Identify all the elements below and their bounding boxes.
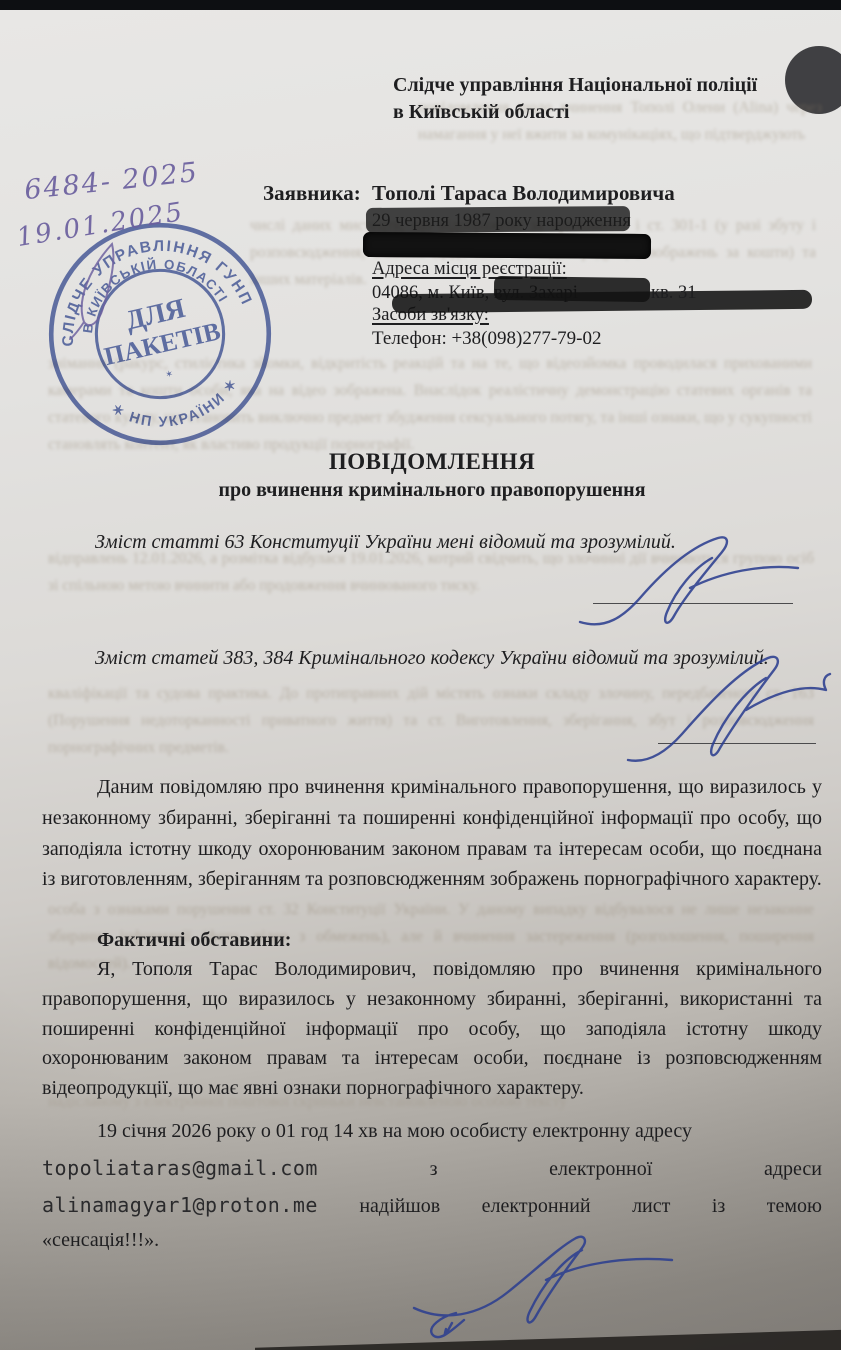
email-line3-word: темою bbox=[767, 1195, 822, 1218]
applicant-name: Тополі Тараса Володимировича bbox=[372, 181, 675, 206]
stamp-center-star: ✶ bbox=[164, 368, 174, 379]
applicant-label: Заявника: bbox=[263, 181, 361, 206]
recipient-header-line2: в Київській області bbox=[393, 99, 823, 126]
photo-top-edge bbox=[0, 0, 841, 10]
redaction-bar-id-number bbox=[363, 232, 651, 259]
email-paragraph-line1: 19 січня 2026 року о 01 год 14 хв на мою… bbox=[42, 1120, 822, 1143]
scanned-document-photo: { "header": { "line1": "Слідче управлінн… bbox=[0, 0, 841, 1350]
svg-text:✶ НП УКРАЇНИ ✶: ✶ НП УКРАЇНИ ✶ bbox=[106, 373, 249, 444]
email-line3-word: надійшов bbox=[359, 1195, 440, 1218]
facts-paragraph: Я, Тополя Тарас Володимирович, повідомля… bbox=[42, 955, 822, 1104]
redaction-bar-birthdate bbox=[366, 206, 630, 233]
recipient-header-line1: Слідче управління Національної поліції bbox=[393, 72, 823, 99]
signature-1 bbox=[572, 532, 807, 632]
address-line-end: кв. 31 bbox=[651, 283, 696, 304]
email-paragraph-line3: alinamagyar1@proton.me надійшов електрон… bbox=[42, 1193, 822, 1218]
email-line2-word: з bbox=[430, 1158, 438, 1181]
email-line3-word: електронний bbox=[482, 1195, 591, 1218]
recipient-header: Слідче управління Національної поліції в… bbox=[393, 72, 823, 126]
email-line2-word: адреси bbox=[764, 1158, 822, 1181]
handwritten-paraph bbox=[68, 238, 134, 342]
notice-paragraph: Даним повідомляю про вчинення кримінальн… bbox=[42, 772, 822, 895]
sender-email-foreign: alinamagyar1@proton.me bbox=[42, 1193, 318, 1217]
phone-line: Телефон: +38(098)277-79-02 bbox=[372, 328, 602, 350]
email-line2-word: електронної bbox=[549, 1158, 652, 1181]
sender-email-own: topoliataras@gmail.com bbox=[42, 1156, 318, 1180]
document-title: ПОВІДОМЛЕННЯ bbox=[42, 449, 822, 475]
stamp-arc-bottom-text: ✶ НП УКРАЇНИ ✶ bbox=[106, 373, 249, 444]
signature-2 bbox=[618, 648, 833, 766]
email-paragraph-line4: «сенсація!!!». bbox=[42, 1229, 159, 1252]
facts-heading: Фактичні обставини: bbox=[97, 929, 291, 952]
document-subtitle: про вчинення кримінального правопорушенн… bbox=[42, 479, 822, 502]
email-line3-word: лист bbox=[632, 1195, 670, 1218]
email-paragraph-line2: topoliataras@gmail.com з електронної адр… bbox=[42, 1156, 822, 1181]
signature-bottom bbox=[400, 1228, 690, 1343]
email-line3-word: із bbox=[712, 1195, 725, 1218]
